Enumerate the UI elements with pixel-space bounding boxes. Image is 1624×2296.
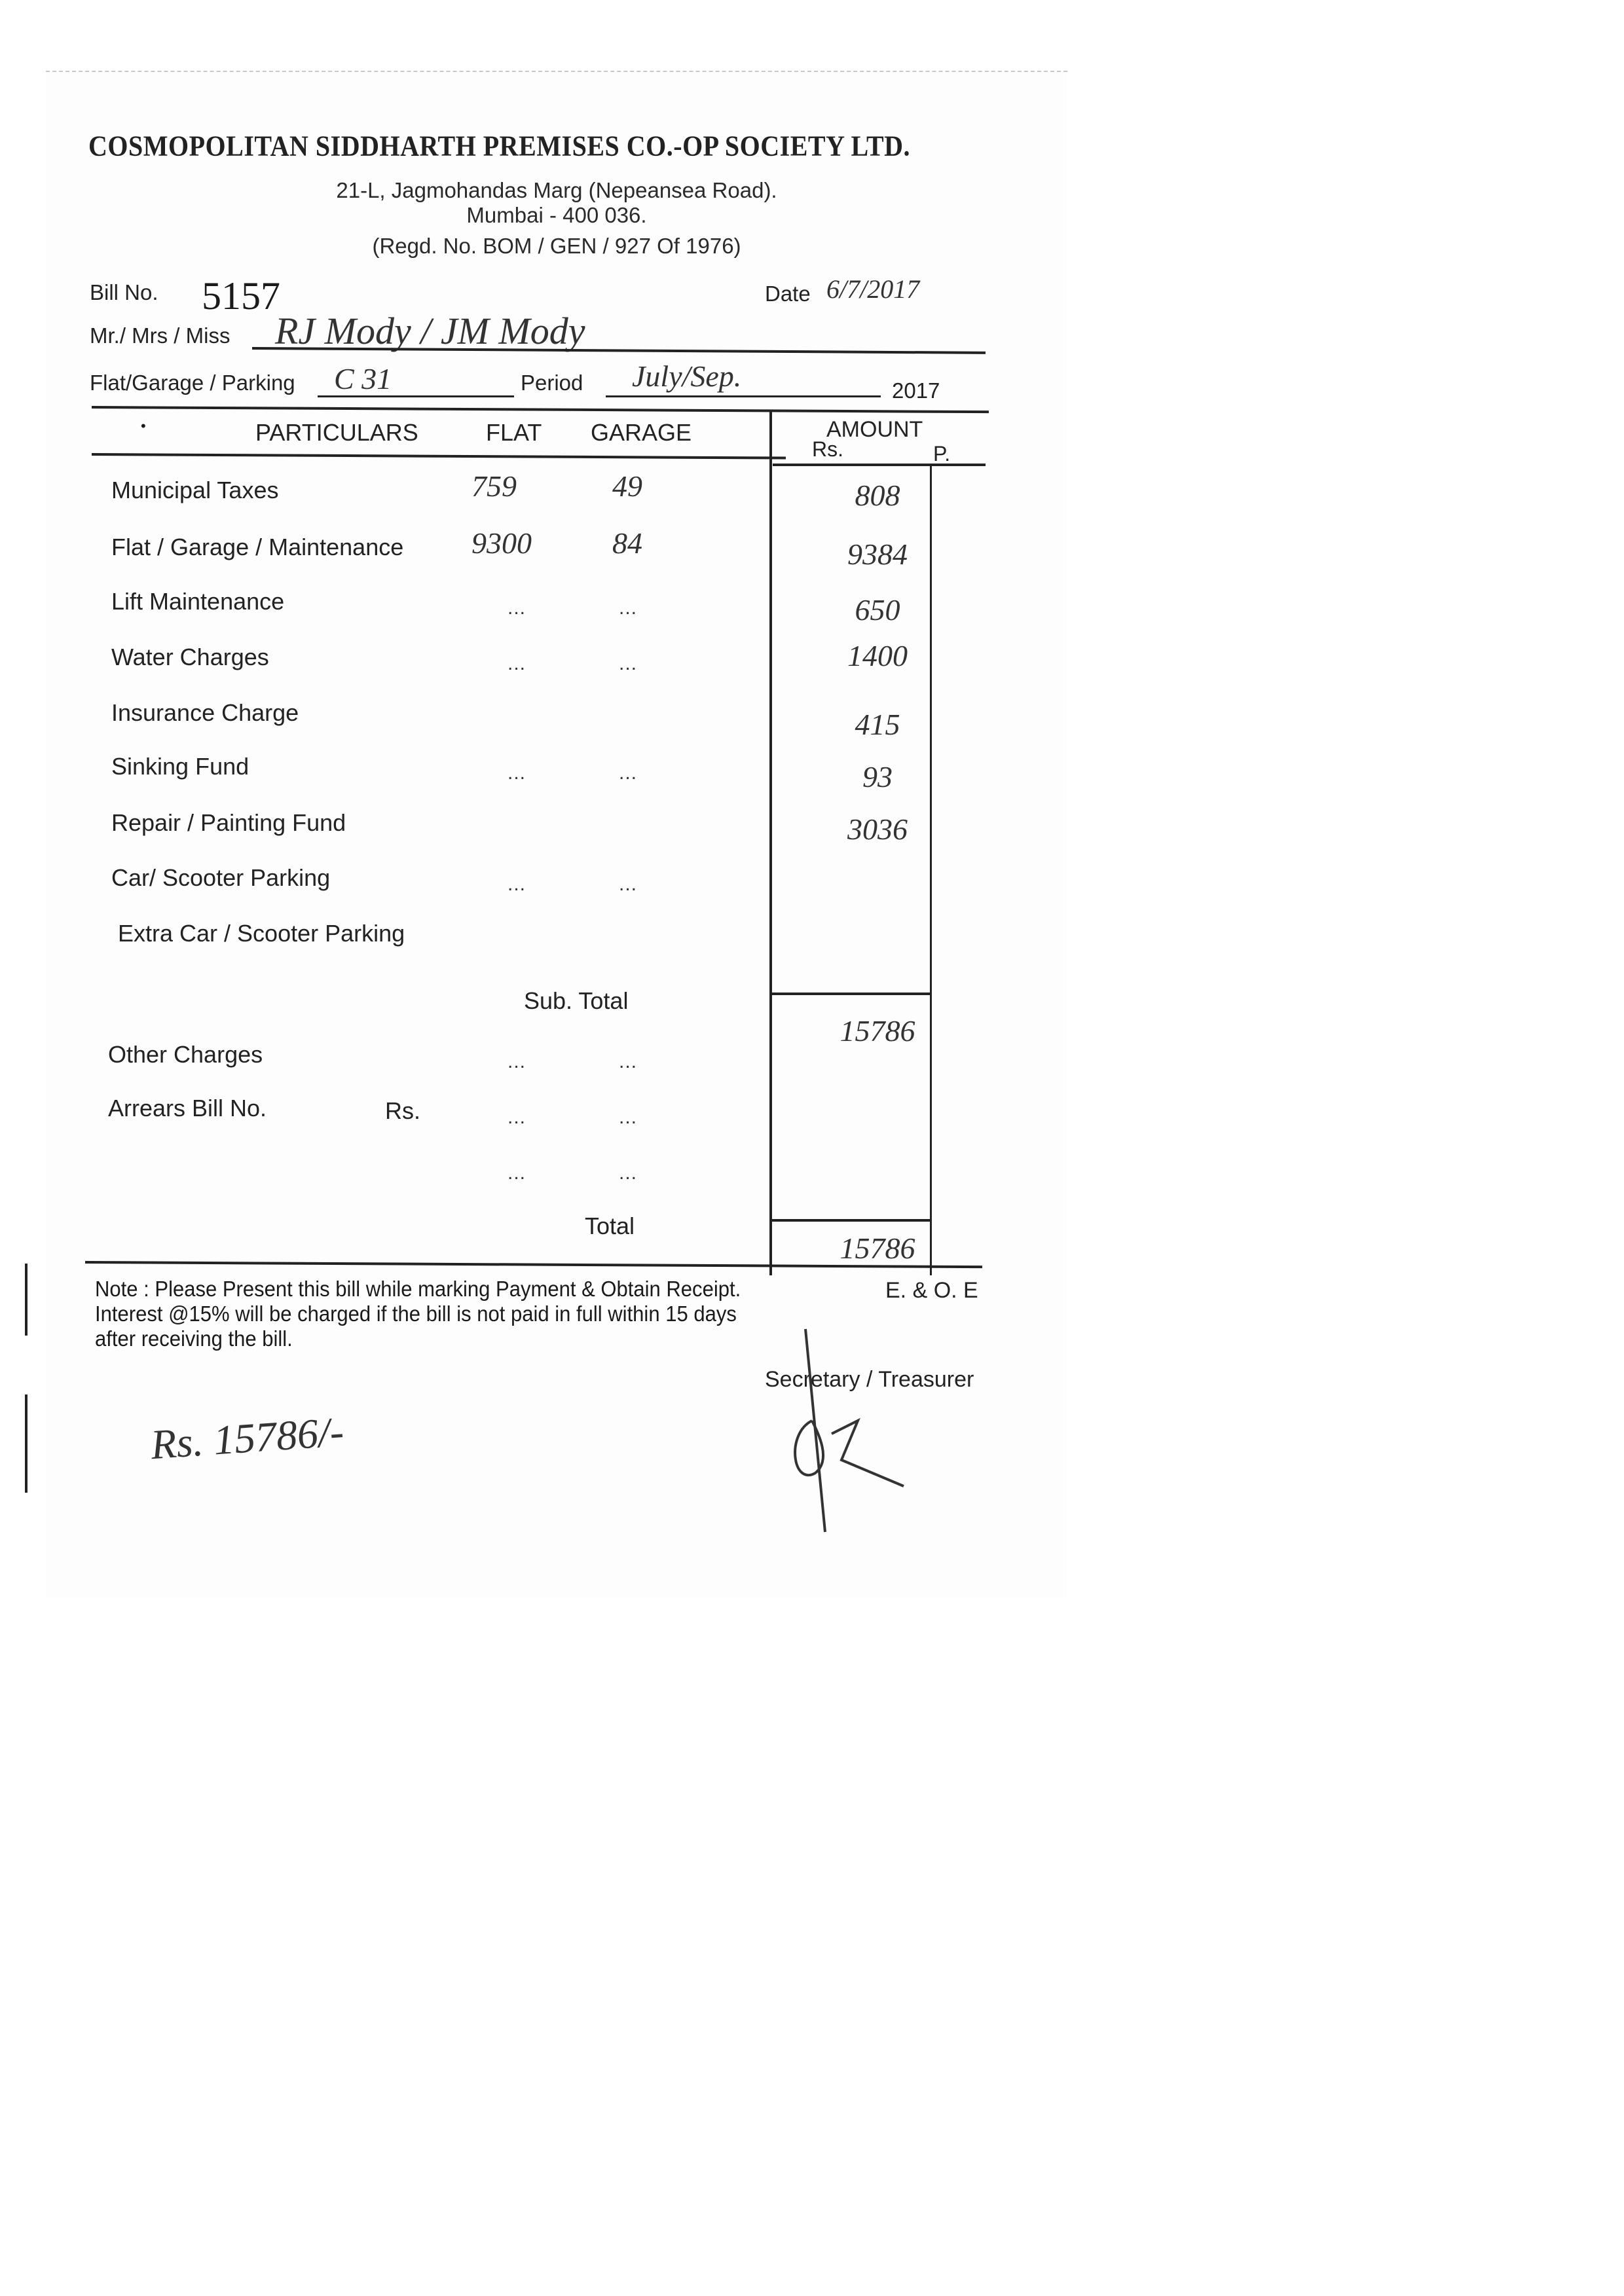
charge-row-label: Water Charges	[111, 644, 269, 671]
charge-row-label: Flat / Garage / Maintenance	[111, 534, 403, 561]
charge-row-label: Municipal Taxes	[111, 477, 278, 504]
amount-col-right-border	[930, 464, 932, 1275]
other-flat-dots: ...	[507, 1051, 526, 1073]
charge-row-flat: 9300	[471, 526, 532, 560]
charge-row-label: Car/ Scooter Parking	[111, 864, 330, 892]
subtotal-divider	[769, 993, 932, 995]
charge-row-amount: 650	[812, 592, 943, 627]
charge-row-amount: 93	[812, 759, 943, 794]
col-rs: Rs.	[812, 437, 843, 462]
charge-row-label: Sinking Fund	[111, 753, 249, 780]
member-name: RJ Mody / JM Mody	[275, 309, 585, 353]
charge-row-label: Repair / Painting Fund	[111, 809, 346, 837]
society-address: 21-L, Jagmohandas Marg (Nepeansea Road).	[0, 178, 1113, 203]
subtotal-label: Sub. Total	[524, 987, 628, 1015]
charge-row-flat: ...	[507, 873, 526, 896]
society-city: Mumbai - 400 036.	[0, 203, 1113, 228]
flat-value: C 31	[334, 361, 392, 396]
charge-row-flat: ...	[507, 597, 526, 619]
amount-col-left-border	[769, 411, 772, 1275]
total-divider	[769, 1219, 932, 1222]
arrears-flat-dots: ...	[507, 1106, 526, 1129]
col-p: P.	[933, 442, 950, 466]
bill-no-value: 5157	[202, 274, 280, 319]
flat-underline	[318, 395, 514, 397]
charge-row-label: Lift Maintenance	[111, 588, 284, 615]
member-label: Mr./ Mrs / Miss	[90, 323, 230, 348]
charge-row-garage: ...	[619, 653, 637, 675]
col-particulars: PARTICULARS	[255, 419, 418, 446]
charge-row-amount: 415	[812, 707, 943, 742]
arrears-label: Arrears Bill No.	[108, 1095, 267, 1122]
other-charges-label: Other Charges	[108, 1041, 263, 1068]
flat-label: Flat/Garage / Parking	[90, 371, 295, 395]
arrears-garage-dots: ...	[619, 1106, 637, 1129]
charge-row-label: Extra Car / Scooter Parking	[118, 920, 405, 947]
period-value: July/Sep.	[632, 359, 741, 393]
period-year: 2017	[892, 378, 940, 403]
total-label: Total	[585, 1212, 635, 1240]
charge-row-flat: 759	[471, 469, 517, 503]
charge-row-garage: ...	[619, 873, 637, 896]
extra-garage-dots: ...	[619, 1162, 637, 1184]
charge-row-garage: 84	[612, 526, 642, 560]
date-value: 6/7/2017	[826, 274, 919, 304]
charge-row-garage: ...	[619, 597, 637, 619]
torn-edge	[46, 71, 1067, 85]
date-label: Date	[765, 282, 811, 306]
charge-row-amount: 9384	[812, 537, 943, 572]
col-garage: GARAGE	[591, 419, 692, 446]
col-flat: FLAT	[486, 419, 542, 446]
margin-mark	[25, 1264, 28, 1336]
extra-flat-dots: ...	[507, 1162, 526, 1184]
charge-row-flat: ...	[507, 653, 526, 675]
payment-note: Note : Please Present this bill while ma…	[95, 1277, 772, 1351]
charge-row-garage: 49	[612, 469, 642, 503]
amount-header-divider	[773, 464, 986, 466]
period-underline	[606, 395, 881, 397]
bill-no-label: Bill No.	[90, 280, 158, 305]
charge-row-flat: ...	[507, 762, 526, 784]
signature-icon	[779, 1322, 950, 1539]
society-name: COSMOPOLITAN SIDDHARTH PREMISES CO.-OP S…	[88, 128, 910, 163]
charge-row-amount: 3036	[812, 812, 943, 847]
charge-row-amount: 808	[812, 478, 943, 513]
society-registration: (Regd. No. BOM / GEN / 927 Of 1976)	[0, 234, 1113, 259]
arrears-rs-label: Rs.	[385, 1097, 420, 1125]
subtotal-amount: 15786	[812, 1013, 943, 1048]
period-label: Period	[521, 371, 583, 395]
charge-row-amount: 1400	[812, 638, 943, 673]
other-garage-dots: ...	[619, 1051, 637, 1073]
charge-row-label: Insurance Charge	[111, 699, 299, 727]
eoe-label: E. & O. E	[885, 1278, 978, 1303]
margin-mark	[25, 1394, 28, 1493]
charge-row-garage: ...	[619, 762, 637, 784]
bullet-dot: •	[141, 418, 146, 435]
total-amount: 15786	[812, 1231, 943, 1266]
